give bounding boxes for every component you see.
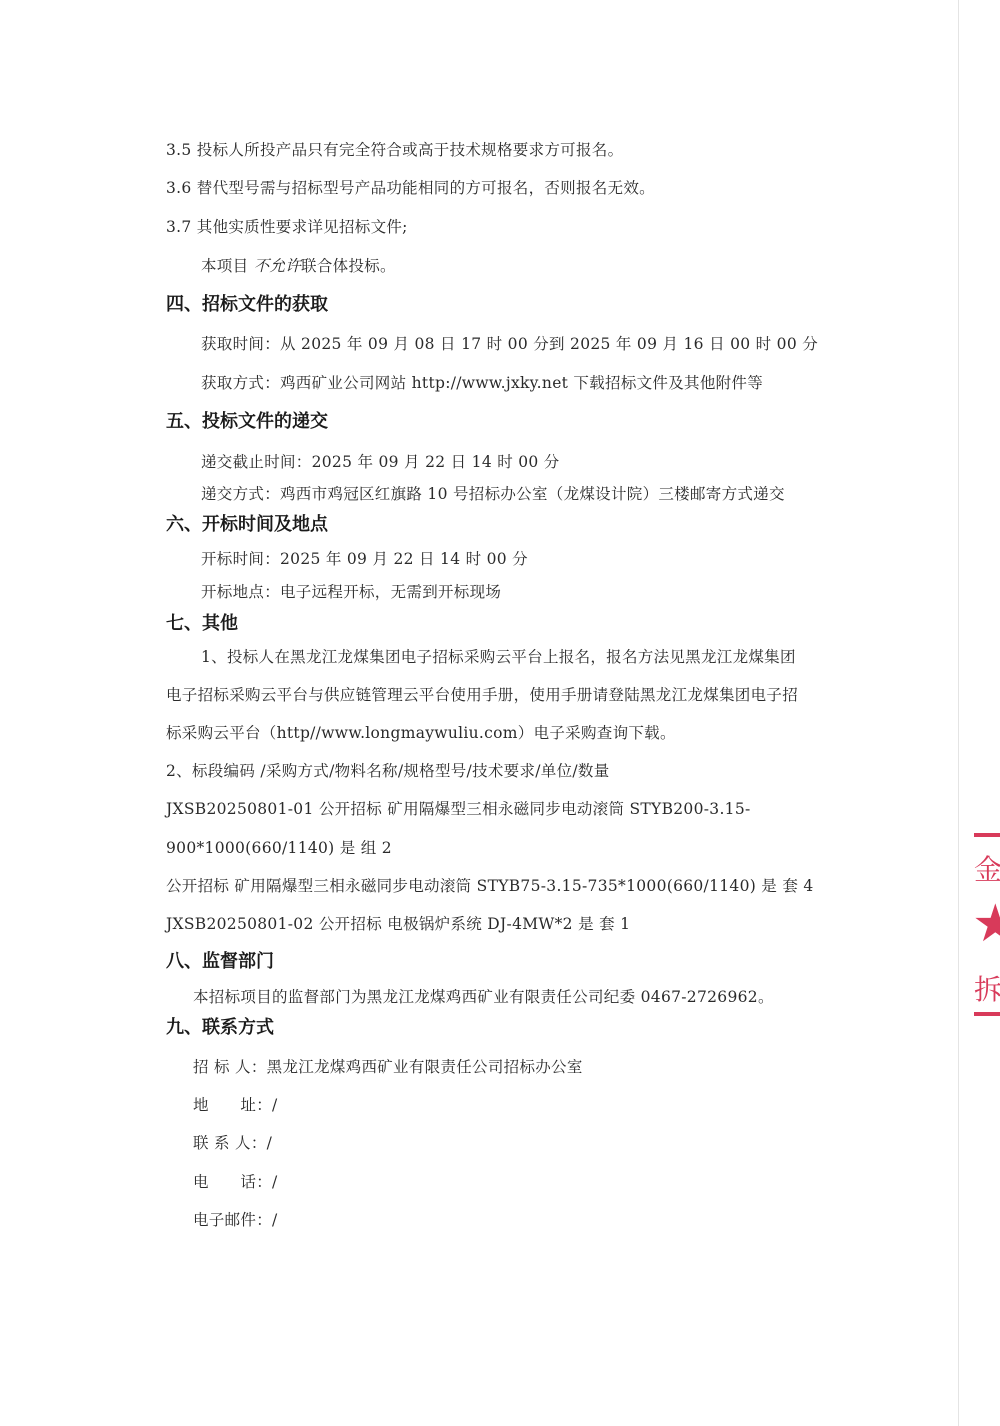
seal-bar-top xyxy=(974,833,1000,837)
other-p1-line2: 电子招标采购云平台与供应链管理云平台使用手册，使用手册请登陆黑龙江龙煤集团电子招 xyxy=(166,685,798,705)
submit-deadline: 递交截止时间：2025 年 09 月 22 日 14 时 00 分 xyxy=(201,452,560,472)
consortium-note: 本项目 不允许联合体投标。 xyxy=(201,256,396,276)
contact-value: 黑龙江龙煤鸡西矿业有限责任公司招标办公室 xyxy=(267,1058,583,1076)
contact-value: / xyxy=(272,1096,278,1114)
seal-bar-bottom xyxy=(974,1012,1000,1016)
page-edge-line xyxy=(958,0,959,1426)
acquire-method: 获取方式：鸡西矿业公司网站 http://www.jxky.net 下载招标文件… xyxy=(201,373,763,393)
acquire-time: 获取时间：从 2025 年 09 月 08 日 17 时 00 分到 2025 … xyxy=(201,334,818,354)
contact-phone: 电 话：/ xyxy=(193,1172,278,1192)
contact-value: / xyxy=(267,1134,273,1152)
item-3-7: 3.7 其他实质性要求详见招标文件; xyxy=(166,217,408,237)
contact-label: 电 话： xyxy=(193,1172,272,1192)
opening-time: 开标时间：2025 年 09 月 22 日 14 时 00 分 xyxy=(201,549,528,569)
seal-char-bottom: 拆 xyxy=(974,968,1000,1008)
contact-label: 招 标 人： xyxy=(193,1057,267,1077)
lot-1-line2: 900*1000(660/1140) 是 组 2 xyxy=(166,838,392,858)
contact-tenderer: 招 标 人：黑龙江龙煤鸡西矿业有限责任公司招标办公室 xyxy=(193,1057,583,1077)
contact-value: / xyxy=(272,1173,278,1191)
contact-email: 电子邮件：/ xyxy=(193,1210,278,1230)
contact-person: 联 系 人：/ xyxy=(193,1133,272,1153)
lot-table-header: 2、标段编码 /采购方式/物料名称/规格型号/技术要求/单位/数量 xyxy=(166,761,610,781)
section-8-heading: 八、监督部门 xyxy=(166,951,274,973)
contact-label: 地 址： xyxy=(193,1095,272,1115)
section-9-heading: 九、联系方式 xyxy=(166,1017,274,1039)
contact-value: / xyxy=(272,1211,278,1229)
contact-label: 联 系 人： xyxy=(193,1133,267,1153)
consortium-suffix: 联合体投标。 xyxy=(301,257,396,275)
supervision-text: 本招标项目的监督部门为黑龙江龙煤鸡西矿业有限责任公司纪委 0467-272696… xyxy=(193,987,774,1007)
contact-label: 电子邮件： xyxy=(193,1210,272,1230)
section-6-heading: 六、开标时间及地点 xyxy=(166,514,328,536)
seal-star-icon: ★ xyxy=(972,898,1000,950)
section-4-heading: 四、招标文件的获取 xyxy=(166,294,328,316)
official-seal: 金 ★ 拆 xyxy=(972,830,1000,1020)
section-5-heading: 五、投标文件的递交 xyxy=(166,411,328,433)
submit-method: 递交方式：鸡西市鸡冠区红旗路 10 号招标办公室（龙煤设计院）三楼邮寄方式递交 xyxy=(201,484,785,504)
lot-2-line1: 公开招标 矿用隔爆型三相永磁同步电动滚筒 STYB75-3.15-735*100… xyxy=(166,876,814,896)
seal-char-top: 金 xyxy=(974,848,1000,888)
other-p1-line3: 标采购云平台（http//www.longmaywuliu.com）电子采购查询… xyxy=(166,723,676,743)
item-3-6: 3.6 替代型号需与招标型号产品功能相同的方可报名，否则报名无效。 xyxy=(166,178,655,198)
opening-place: 开标地点：电子远程开标，无需到开标现场 xyxy=(201,582,501,602)
item-3-5: 3.5 投标人所投产品只有完全符合或高于技术规格要求方可报名。 xyxy=(166,140,623,160)
other-p1-line1: 1、投标人在黑龙江龙煤集团电子招标采购云平台上报名，报名方法见黑龙江龙煤集团 xyxy=(201,647,796,667)
contact-address: 地 址：/ xyxy=(193,1095,278,1115)
consortium-prefix: 本项目 xyxy=(201,257,248,275)
consortium-not-allowed: 不允许 xyxy=(254,257,301,275)
lot-3-line1: JXSB20250801-02 公开招标 电极锅炉系统 DJ-4MW*2 是 套… xyxy=(166,914,630,934)
section-7-heading: 七、其他 xyxy=(166,613,238,635)
lot-1-line1: JXSB20250801-01 公开招标 矿用隔爆型三相永磁同步电动滚筒 STY… xyxy=(166,799,751,819)
